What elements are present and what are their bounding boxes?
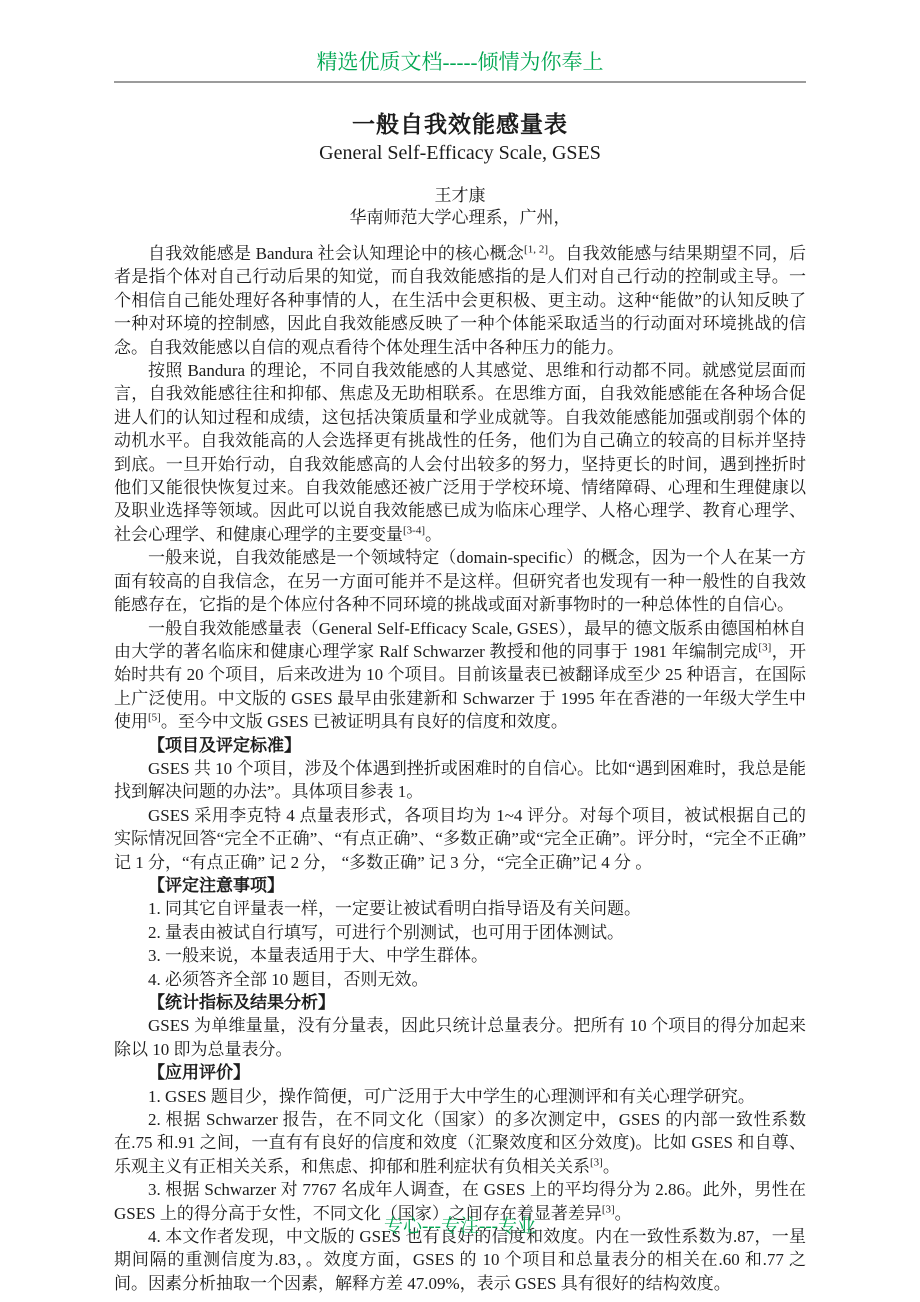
author-name: 王才康 <box>0 185 920 207</box>
paragraph: 一般自我效能感量表（General Self-Efficacy Scale, G… <box>114 617 806 734</box>
paragraph: 3. 一般来说，本量表适用于大、中学生群体。 <box>114 944 806 967</box>
reference-marker: [3] <box>758 641 771 653</box>
document-title: 一般自我效能感量表 <box>0 109 920 139</box>
paragraph: GSES 采用李克特 4 点量表形式，各项目均为 1~4 评分。对每个项目，被试… <box>114 804 806 874</box>
paragraph: 自我效能感是 Bandura 社会认知理论中的核心概念[1, 2]。自我效能感与… <box>114 242 806 359</box>
paragraph: 4. 必须答齐全部 10 题目，否则无效。 <box>114 968 806 991</box>
header-promo-text: 精选优质文档-----倾情为你奉上 <box>317 50 604 74</box>
document-body: 自我效能感是 Bandura 社会认知理论中的核心概念[1, 2]。自我效能感与… <box>114 242 806 1295</box>
reference-marker: [3-4] <box>403 524 425 536</box>
reference-marker: [1, 2] <box>524 243 548 255</box>
section-heading: 【应用评价】 <box>114 1061 806 1084</box>
section-heading: 【统计指标及结果分析】 <box>114 991 806 1014</box>
paragraph: 一般来说，自我效能感是一个领域特定（domain-specific）的概念，因为… <box>114 546 806 616</box>
page-header: 精选优质文档-----倾情为你奉上 <box>0 0 920 83</box>
footer-promo-text: 专心---专注---专业 <box>384 1216 536 1237</box>
section-heading: 【评定注意事项】 <box>114 874 806 897</box>
document-page: 精选优质文档-----倾情为你奉上 一般自我效能感量表 General Self… <box>0 0 920 1302</box>
paragraph: 1. GSES 题目少，操作简便，可广泛用于大中学生的心理测评和有关心理学研究。 <box>114 1085 806 1108</box>
paragraph: 1. 同其它自评量表一样，一定要让被试看明白指导语及有关问题。 <box>114 897 806 920</box>
document-subtitle: General Self-Efficacy Scale, GSES <box>0 140 920 166</box>
reference-marker: [3] <box>590 1156 603 1168</box>
title-block: 一般自我效能感量表 General Self-Efficacy Scale, G… <box>0 109 920 166</box>
page-footer: 专心---专注---专业 <box>0 1214 920 1240</box>
reference-marker: [5] <box>148 711 161 723</box>
paragraph: 2. 根据 Schwarzer 报告，在不同文化（国家）的多次测定中，GSES … <box>114 1108 806 1178</box>
paragraph: GSES 为单维量量，没有分量表，因此只统计总量表分。把所有 10 个项目的得分… <box>114 1014 806 1061</box>
paragraph: 2. 量表由被试自行填写，可进行个别测试，也可用于团体测试。 <box>114 921 806 944</box>
header-divider <box>114 81 806 83</box>
paragraph: GSES 共 10 个项目，涉及个体遇到挫折或困难时的自信心。比如“遇到困难时，… <box>114 757 806 804</box>
author-affiliation: 华南师范大学心理系，广州， <box>0 207 920 229</box>
section-heading: 【项目及评定标准】 <box>114 734 806 757</box>
paragraph: 按照 Bandura 的理论，不同自我效能感的人其感觉、思维和行动都不同。就感觉… <box>114 359 806 546</box>
